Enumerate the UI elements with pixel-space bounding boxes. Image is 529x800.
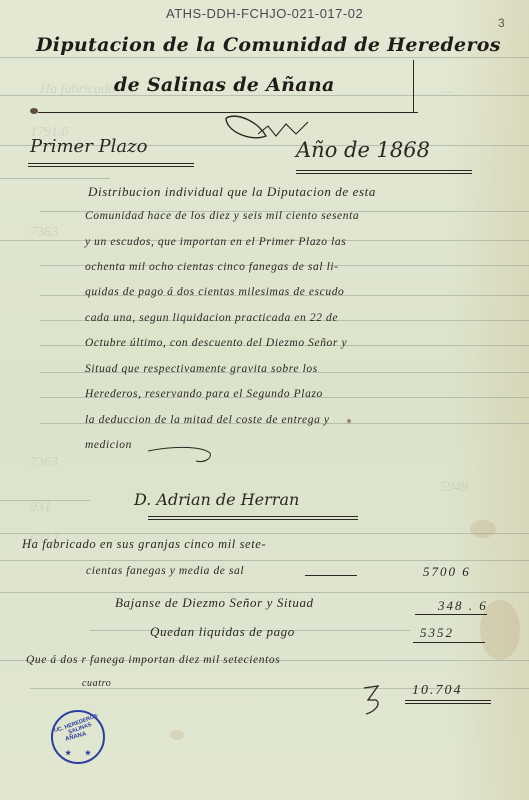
bleed-through-text: .... (440, 82, 454, 98)
stamp-mark-left: ★ (65, 749, 71, 757)
entry-amount: 348 . 6 (438, 598, 488, 614)
bleed-through-text: 931 (30, 500, 51, 516)
paper-stain (470, 520, 496, 538)
intro-line: medicion (85, 439, 132, 451)
intro-line: y un escudos, que importan en el Primer … (85, 236, 346, 248)
entry-amount: 10.704 (412, 683, 463, 699)
year-heading: Año de 1868 (296, 138, 430, 162)
document-title-line2: de Salinas de Añana (114, 74, 335, 96)
archive-reference: ATHS-DDH-FCHJO-021-017-02 (166, 6, 363, 21)
amount-underline (415, 614, 487, 615)
stamp-mark-right: ★ (85, 749, 91, 757)
bleed-through-text: 7363 (30, 455, 58, 471)
entry-dash (305, 575, 357, 576)
document-title-line1: Diputacion de la Comunidad de Herederos (36, 34, 501, 56)
title-bracket (413, 60, 414, 112)
ruled-line (0, 592, 529, 593)
bleed-through-text: 5949 (440, 480, 468, 496)
account-holder-underline (148, 516, 358, 520)
bleed-through-text: 7383 (30, 225, 58, 241)
entry-text: cuatro (82, 678, 111, 689)
intro-line: ochenta mil ocho cientas cinco fanegas d… (85, 261, 339, 273)
account-holder-name: D. Adrian de Herran (134, 490, 299, 509)
intro-line: Octubre último, con descuento del Diezmo… (85, 337, 347, 349)
stamp-side-text: C. (54, 726, 60, 732)
paper-stain (170, 730, 184, 740)
entry-amount: 5700 6 (423, 564, 471, 580)
paper-stain (30, 108, 38, 114)
intro-line: Herederos, reservando para el Segundo Pl… (85, 388, 323, 400)
archive-stamp: C. HEREDEROS SALINAS AÑANA C. ★ ★ (51, 710, 105, 764)
entry-text: cientas fanegas y media de sal (86, 565, 244, 577)
intro-line: Situad que respectivamente gravita sobre… (85, 363, 318, 375)
plazo-heading: Primer Plazo (30, 136, 147, 157)
amount-underline (413, 642, 485, 643)
entry-amount: 5352 (420, 625, 454, 641)
plazo-underline (28, 163, 194, 167)
paper-stain (347, 419, 351, 423)
intro-line: Comunidad hace de los diez y seis mil ci… (85, 210, 359, 222)
ruled-line (0, 560, 529, 561)
total-mark (360, 680, 390, 716)
intro-line: cada una, segun liquidacion practicada e… (85, 312, 338, 324)
line-end-flourish (148, 435, 218, 465)
intro-line: quidas de pago á dos cientas milesimas d… (85, 286, 344, 298)
entry-text: Quedan liquidas de pago (150, 624, 295, 640)
folio-number: 3 (498, 16, 505, 30)
ruled-line (0, 57, 529, 58)
entry-text: Que á dos r fanega importan diez mil set… (26, 654, 280, 666)
total-double-underline (405, 700, 491, 704)
ruled-line (0, 533, 529, 534)
ruled-line (0, 178, 110, 179)
intro-line: la deduccion de la mitad del coste de en… (85, 414, 330, 426)
entry-text: Bajanse de Diezmo Señor y Situad (115, 595, 314, 611)
year-underline (296, 170, 472, 174)
intro-line: Distribucion individual que la Diputacio… (88, 184, 376, 200)
entry-text: Ha fabricado en sus granjas cinco mil se… (22, 537, 266, 552)
